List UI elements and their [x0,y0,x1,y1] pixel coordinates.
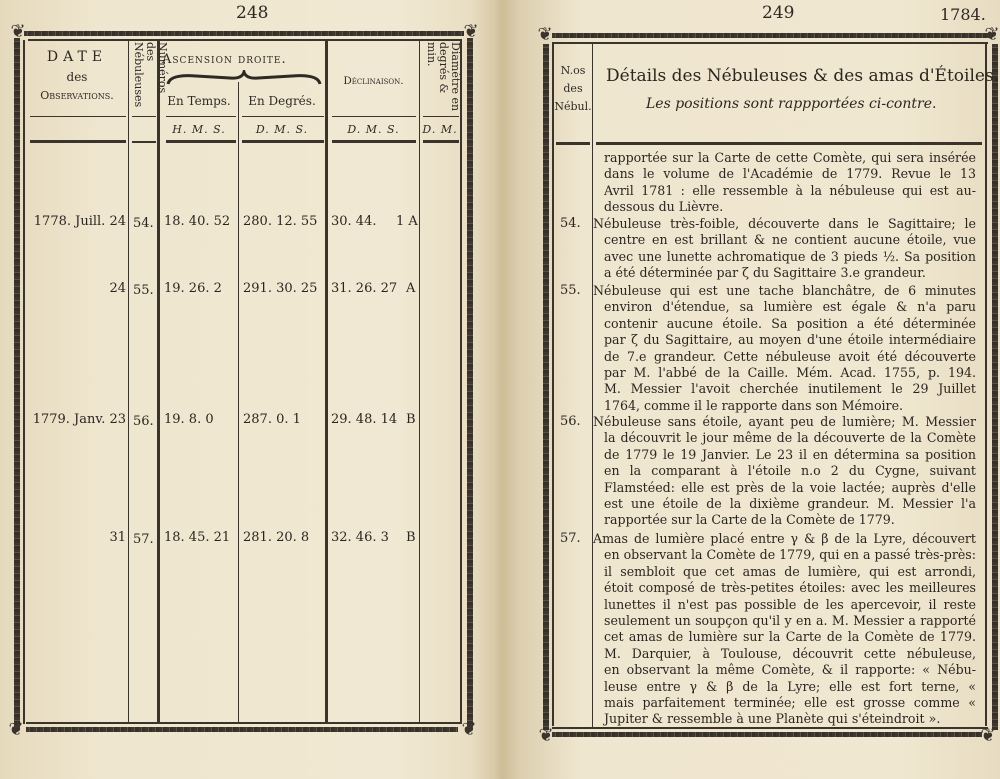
unit-diametre: D. M. [420,123,460,136]
text-line: étoit composé de très-petites étoiles: a… [604,580,976,596]
frame-top-inner [552,42,988,44]
text-line: de 1779 le 19 Janvier. Le 23 il en déter… [604,447,976,463]
text-line: M. Messier l'avoit cherchée inutilement … [604,381,976,397]
cell-numero: 54. [133,216,154,231]
column-divider [238,82,239,722]
cell-date: 31 [26,530,126,545]
corner-ornament-icon: ❦ [536,726,556,746]
text-line: en observant la Comète de 1779, qui en a… [604,547,976,563]
frame-right-inner [985,44,987,726]
column-divider [325,40,328,722]
cell-date: 1779. Janv. 23 [26,412,126,427]
continuation-paragraph: rapportée sur la Carte de cette Comète, … [604,150,976,216]
cell-numero: 57. [133,532,154,547]
frame-top-inner [28,39,462,41]
entry-paragraph: Nébuleuse très-foible, découverte dans l… [604,216,976,282]
cell-temps: 19. 26. 2 [164,281,222,296]
cell-degres: 291. 30. 25 [243,281,317,296]
header-rule-thick [166,140,236,143]
cell-date: 24 [26,281,126,296]
header-declinaison: Déclinaison. [328,74,419,89]
text-line: par ζ du Sagittaire, au moyen d'une étoi… [604,332,976,348]
cell-declinaison: 30. 44. [331,214,376,229]
cell-temps: 18. 45. 21 [164,530,230,545]
text-line: de 7.e grandeur. Cette nébuleuse avoit é… [604,349,976,365]
text-line: seulement un soupçon qu'il y en a. M. Me… [604,613,976,629]
text-line: en la comparant à l'étoile n.o 2 du Cygn… [604,463,976,479]
running-head-year: 1784. [940,5,986,24]
text-line: Flamstéed: elle est près de la voie lact… [604,480,976,496]
text-line: 1764, comme il le rapporte dans son Mémo… [604,398,976,414]
cell-date: 1778. Juill. 24 [26,214,126,229]
cell-temps: 18. 40. 52 [164,214,230,229]
header-rule-thick [596,142,982,145]
text-line: Nébuleuse très-foible, découverte dans l… [593,216,976,232]
page-number-right: 249 [762,3,794,23]
cell-degres: 287. 0. 1 [243,412,301,427]
corner-ornament-icon: ❦ [8,22,28,42]
header-rule-thick [423,140,459,143]
text-line: mais parfaitement terminée; elle est gro… [604,695,976,711]
text-line: est une étoile de la dixième grandeur. M… [604,496,976,512]
frame-left-inner [552,44,554,726]
entry-number: 57. [560,531,581,546]
text-line: lunettes il n'est pas possible de les ap… [604,597,976,613]
text-line: environ d'étendue, sa lumière est égale … [604,299,976,315]
text-line: centre en est brillant & ne contient auc… [604,232,976,248]
header-rule-thick [556,142,590,145]
text-line: par M. l'abbé de la Caille. Mém. Acad. 1… [604,365,976,381]
unit-en-degres: D. M. S. [239,123,325,136]
text-line: Amas de lumière placé entre γ & β de la … [593,531,976,547]
corner-ornament-icon: ❦ [982,25,1000,45]
text-line: cet amas de lumière sur la Carte de la C… [604,629,976,645]
cell-numero: 56. [133,414,154,429]
cell-decl-extra: A [406,281,415,296]
header-rule [166,116,236,117]
header-date-observations: Observations. [26,88,128,103]
frame-bottom-outer [26,727,458,732]
entry-paragraph: Nébuleuse sans étoile, ayant peu de lumi… [604,414,976,529]
cell-decl-extra: 1 A [396,214,418,229]
brace-icon [166,70,322,86]
header-date-des: des [26,70,128,85]
text-line: rapportée sur la Carte de la Comète de 1… [604,512,976,528]
header-rule [242,116,324,117]
column-divider [592,44,593,727]
text-line: Jupiter & ressemble à une Planète qui s'… [604,711,976,727]
header-rule [30,116,126,117]
frame-bottom-inner [26,722,460,724]
header-rule [423,116,459,117]
corner-ornament-icon: ❦ [6,720,26,740]
unit-declinaison: D. M. S. [328,123,419,136]
frame-left-outer [14,38,20,728]
header-rule-thick [242,140,324,143]
header-rule [332,116,416,117]
entry-number: 54. [560,216,581,231]
text-line: dessous du Lièvre. [604,199,976,215]
entry-number: 55. [560,283,581,298]
header-en-temps: En Temps. [160,94,238,109]
text-line: M. Darquier, à Toulouse, découvrit cette… [604,646,976,662]
header-rule-thick [132,141,156,143]
unit-en-temps: H. M. S. [160,123,238,136]
frame-bottom-outer [552,732,982,737]
column-divider [128,40,129,722]
frame-right-inner [460,40,462,724]
page-number-left: 248 [236,3,268,23]
cell-temps: 19. 8. 0 [164,412,214,427]
frame-right-outer [467,38,473,728]
text-line: leuse entre γ & β de la Lyre; elle est f… [604,679,976,695]
header-rule-thick [30,140,126,143]
header-en-degres: En Degrés. [239,94,325,109]
header-rule [132,116,156,117]
cell-declinaison: 31. 26. 27 [331,281,397,296]
text-line: a été déterminée par ζ du Sagittaire 3.e… [604,265,976,281]
cell-decl-extra: B [406,530,416,545]
header-ascension-droite: Ascension droite. [162,52,324,67]
frame-top-outer [552,33,992,38]
entry-paragraph: Nébuleuse qui est une tache blanchâtre, … [604,283,976,414]
header-nebul: Nébul. [554,98,592,115]
corner-ornament-icon: ❦ [978,726,998,746]
frame-left-outer [543,44,549,730]
cell-degres: 281. 20. 8 [243,530,309,545]
corner-ornament-icon: ❦ [461,22,481,42]
text-line: la découvrit le jour même de la découver… [604,430,976,446]
text-line: rapportée sur la Carte de cette Comète, … [604,150,976,166]
book-spread: 248 ❦ ❦ ❦ ❦ DATE des O [0,0,1000,779]
cell-declinaison: 32. 46. 3 [331,530,389,545]
corner-ornament-icon: ❦ [535,25,555,45]
entry-paragraph: Amas de lumière placé entre γ & β de la … [604,531,976,728]
cell-declinaison: 29. 48. 14 [331,412,397,427]
text-line: Avril 1781 : elle ressemble à la nébuleu… [604,183,976,199]
entry-number: 56. [560,414,581,429]
text-line: contenir aucune étoile. Sa position a ét… [604,316,976,332]
header-nos: N.os [554,62,592,79]
cell-numero: 55. [133,283,154,298]
corner-ornament-icon: ❦ [459,720,479,740]
frame-right-outer [992,44,998,730]
page-subtitle: Les positions sont rappportées ci-contre… [646,96,936,112]
header-diametre: Diamètre en degrés & min. [425,42,461,114]
text-line: dans le volume de l'Académie de 1779. Re… [604,166,976,182]
page-title: Détails des Nébuleuses & des amas d'Étoi… [606,66,999,86]
cell-degres: 280. 12. 55 [243,214,317,229]
header-date: DATE [26,50,128,65]
column-divider [157,40,160,722]
text-line: Nébuleuse sans étoile, ayant peu de lumi… [593,414,976,430]
text-line: il sembloit que cet amas de lumière, qui… [604,564,976,580]
header-des: des [554,80,592,97]
text-line: avec une lunette achromatique de 3 pieds… [604,249,976,265]
column-divider [419,40,420,722]
header-rule-thick [332,140,416,143]
frame-left-inner [23,40,25,724]
cell-decl-extra: B [406,412,416,427]
text-line: en observant la même Comète, & il rappor… [604,662,976,678]
text-line: Nébuleuse qui est une tache blanchâtre, … [593,283,976,299]
frame-top-outer [24,31,464,36]
